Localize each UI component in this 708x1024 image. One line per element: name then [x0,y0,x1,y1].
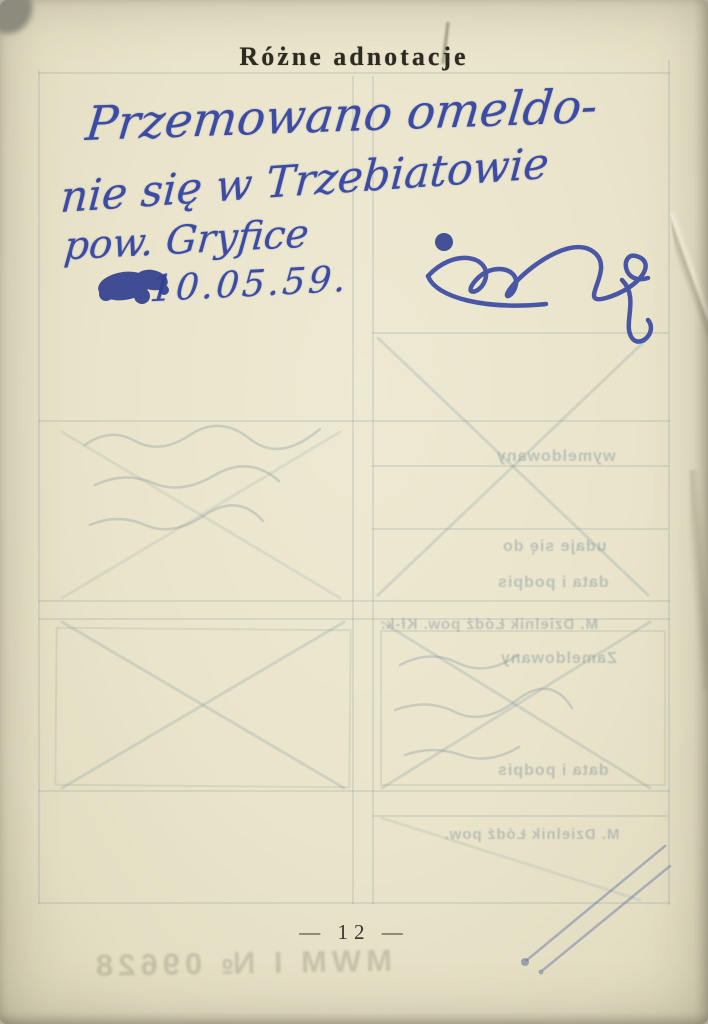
ink-blot [94,258,194,313]
ghost-stamp-box [54,627,351,789]
ghost-label: M. Dzielnik Łódź pow. Kł-k. [380,616,598,633]
ghost-label: wymeldowany [496,448,615,466]
ghost-grid-line [372,528,668,530]
ghost-grid-line [38,420,670,422]
ghost-grid-line [38,600,670,602]
ghost-stamp-box [380,630,666,786]
ghost-label: data i podpis [497,762,609,780]
ghost-grid-line [372,465,668,467]
page-edge-shading [0,1012,708,1024]
handwriting-line: nie się w Trzebiatowie [59,139,551,224]
ghost-grid-line [38,618,670,620]
ghost-label: Zameldowany [500,650,617,668]
signature-flourish [426,228,671,353]
ghost-label: data i podpis [497,574,609,592]
ghost-label: udaje się do [502,538,606,556]
ghost-grid-line [668,60,670,905]
page-edge-shading [694,0,708,1024]
ghost-grid-line [38,70,40,904]
ghost-handwriting [85,426,572,759]
ghost-grid-line [372,815,668,817]
stray-pen-strokes [505,838,680,988]
document-page: wymeldowany udaje się do data i podpis M… [0,0,708,1024]
page-number: — 12 — [0,920,708,945]
ghost-grid-line [38,790,670,792]
page-title: Różne adnotacje [0,42,708,72]
ghost-grid-line [38,72,670,74]
scan-corner-shadow [0,0,40,41]
ghost-serial-stamp: MWM I № 09628 [22,943,393,985]
